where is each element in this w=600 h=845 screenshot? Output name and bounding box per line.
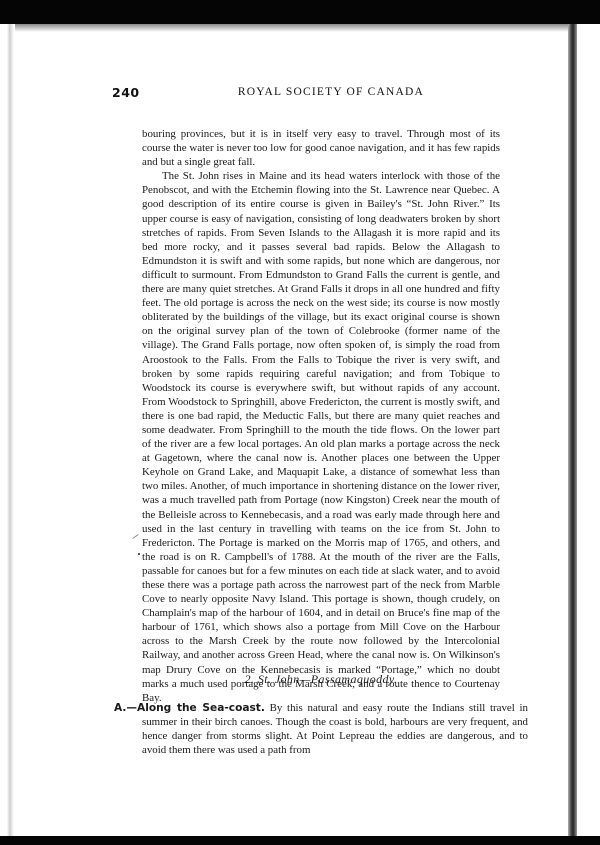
running-head: 240 ROYAL SOCIETY OF CANADA	[112, 85, 522, 101]
paragraph-continued: bouring provinces, but it is in itself v…	[142, 127, 500, 169]
subsection-sea-coast: A.—Along the Sea-coast. By this natural …	[114, 701, 528, 757]
scan-bottom-border	[0, 836, 600, 845]
section-heading: 2. St. John—Passamaquoddy.	[142, 672, 500, 687]
page-left-edge	[7, 24, 14, 836]
margin-dot-mark	[138, 553, 140, 555]
subsection-lead: A.—Along the Sea-coast.	[114, 702, 265, 714]
page-gutter-edge	[568, 24, 577, 836]
page-top-shadow	[15, 24, 575, 32]
paragraph-st-john: The St. John rises in Maine and its head…	[142, 169, 500, 705]
scan-top-border	[0, 0, 600, 24]
body-text: bouring provinces, but it is in itself v…	[142, 127, 500, 705]
running-title: ROYAL SOCIETY OF CANADA	[112, 86, 522, 98]
